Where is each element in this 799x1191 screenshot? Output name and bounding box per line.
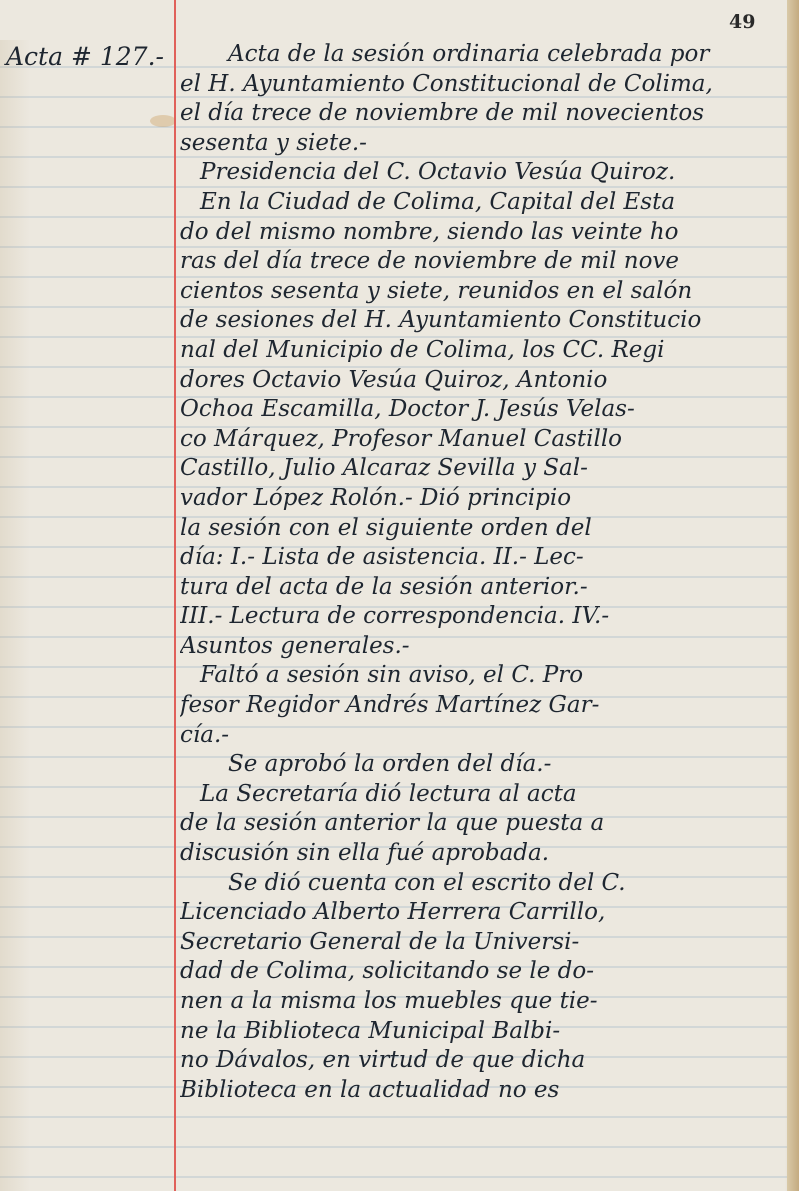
text-line: Presidencia del C. Octavio Vesúa Quiroz. <box>180 158 784 188</box>
text-line: el día trece de noviembre de mil novecie… <box>180 99 784 129</box>
text-line: La Secretaría dió lectura al acta <box>180 780 784 810</box>
text-line: vador López Rolón.- Dió principio <box>180 484 784 514</box>
act-number-label: Acta # 127.- <box>6 42 164 71</box>
text-line: tura del acta de la sesión anterior.- <box>180 573 784 603</box>
text-line: dores Octavio Vesúa Quiroz, Antonio <box>180 366 784 396</box>
text-line: Se aprobó la orden del día.- <box>180 750 784 780</box>
text-line: la sesión con el siguiente orden del <box>180 514 784 544</box>
text-line: el H. Ayuntamiento Constitucional de Col… <box>180 70 784 100</box>
page-number: 49 <box>729 11 755 33</box>
handwritten-minutes: Acta de la sesión ordinaria celebrada po… <box>180 40 784 1105</box>
text-line: cía.- <box>180 721 784 751</box>
text-line: discusión sin ella fué aprobada. <box>180 839 784 869</box>
text-line: Biblioteca en la actualidad no es <box>180 1076 784 1106</box>
paper-stain <box>150 115 176 127</box>
text-line: de sesiones del H. Ayuntamiento Constitu… <box>180 306 784 336</box>
red-margin-line <box>174 0 176 1191</box>
text-line: sesenta y siete.- <box>180 129 784 159</box>
text-line: Licenciado Alberto Herrera Carrillo, <box>180 898 784 928</box>
text-line: Asuntos generales.- <box>180 632 784 662</box>
text-line: Acta de la sesión ordinaria celebrada po… <box>180 40 784 70</box>
text-line: Ochoa Escamilla, Doctor J. Jesús Velas- <box>180 395 784 425</box>
text-line: ne la Biblioteca Municipal Balbi- <box>180 1017 784 1047</box>
text-line: ras del día trece de noviembre de mil no… <box>180 247 784 277</box>
text-line: Castillo, Julio Alcaraz Sevilla y Sal- <box>180 454 784 484</box>
text-line: no Dávalos, en virtud de que dicha <box>180 1046 784 1076</box>
text-line: cientos sesenta y siete, reunidos en el … <box>180 277 784 307</box>
text-line: dad de Colima, solicitando se le do- <box>180 957 784 987</box>
text-line: Faltó a sesión sin aviso, el C. Pro <box>180 661 784 691</box>
text-line: III.- Lectura de correspondencia. IV.- <box>180 602 784 632</box>
text-line: día: I.- Lista de asistencia. II.- Lec- <box>180 543 784 573</box>
text-line: fesor Regidor Andrés Martínez Gar- <box>180 691 784 721</box>
text-line: Se dió cuenta con el escrito del C. <box>180 869 784 899</box>
ledger-page: 49 Acta # 127.- Acta de la sesión ordina… <box>0 0 799 1191</box>
text-line: nal del Municipio de Colima, los CC. Reg… <box>180 336 784 366</box>
text-line: de la sesión anterior la que puesta a <box>180 809 784 839</box>
text-line: Secretario General de la Universi- <box>180 928 784 958</box>
text-line: co Márquez, Profesor Manuel Castillo <box>180 425 784 455</box>
text-line: nen a la misma los muebles que tie- <box>180 987 784 1017</box>
text-line: do del mismo nombre, siendo las veinte h… <box>180 218 784 248</box>
text-line: En la Ciudad de Colima, Capital del Esta <box>180 188 784 218</box>
page-edge <box>787 0 799 1191</box>
